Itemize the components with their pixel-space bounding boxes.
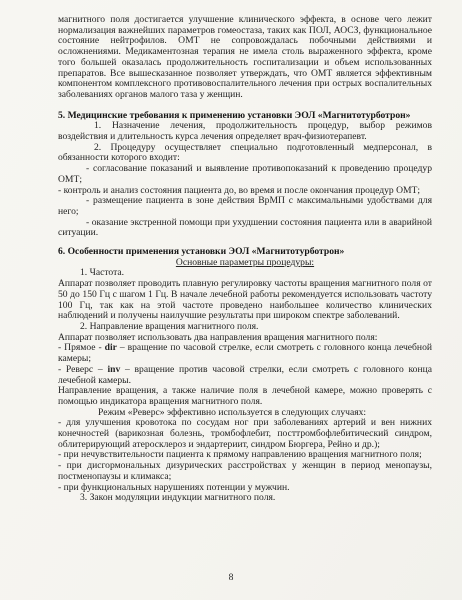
section5-bullet-4: - оказание экстренной помощи при ухудшен…	[58, 218, 432, 239]
indicator-note: Направление вращения, а также наличие по…	[58, 386, 432, 407]
page-number: 8	[0, 572, 462, 583]
direction-dir-line: - Прямое - dir – вращение по часовой стр…	[58, 343, 432, 364]
section6-subheading-text: Основные параметры процедуры:	[176, 257, 314, 268]
reverse-case-3: - при дисгормональных дизурических расст…	[58, 461, 432, 482]
reverse-case-1: - для улучшения кровотока по сосудам ног…	[58, 418, 432, 450]
section6-item3-title: 3. Закон модуляции индукции магнитного п…	[58, 493, 432, 504]
section5-item-2: 2. Процедуру осуществляет специально под…	[58, 143, 432, 164]
inv-line-pre: - Реверс –	[58, 364, 107, 375]
section5-item-1: 1. Назначение лечения, продолжительность…	[58, 121, 432, 142]
dir-line-pre: - Прямое -	[58, 342, 105, 353]
direction-inv-line: - Реверс – inv – вращение против часовой…	[58, 365, 432, 386]
section5-bullet-3: - размещение пациента в зоне действия Вр…	[58, 196, 432, 217]
section6-item1-body: Аппарат позволяет проводить плавную регу…	[58, 279, 432, 322]
document-page: магнитного поля достигается улучшение кл…	[58, 15, 432, 504]
intro-paragraph: магнитного поля достигается улучшение кл…	[58, 15, 432, 101]
dir-term: dir	[105, 342, 117, 353]
inv-term: inv	[107, 364, 120, 375]
section5-bullet-1: - согласование показаний и выявление про…	[58, 164, 432, 185]
